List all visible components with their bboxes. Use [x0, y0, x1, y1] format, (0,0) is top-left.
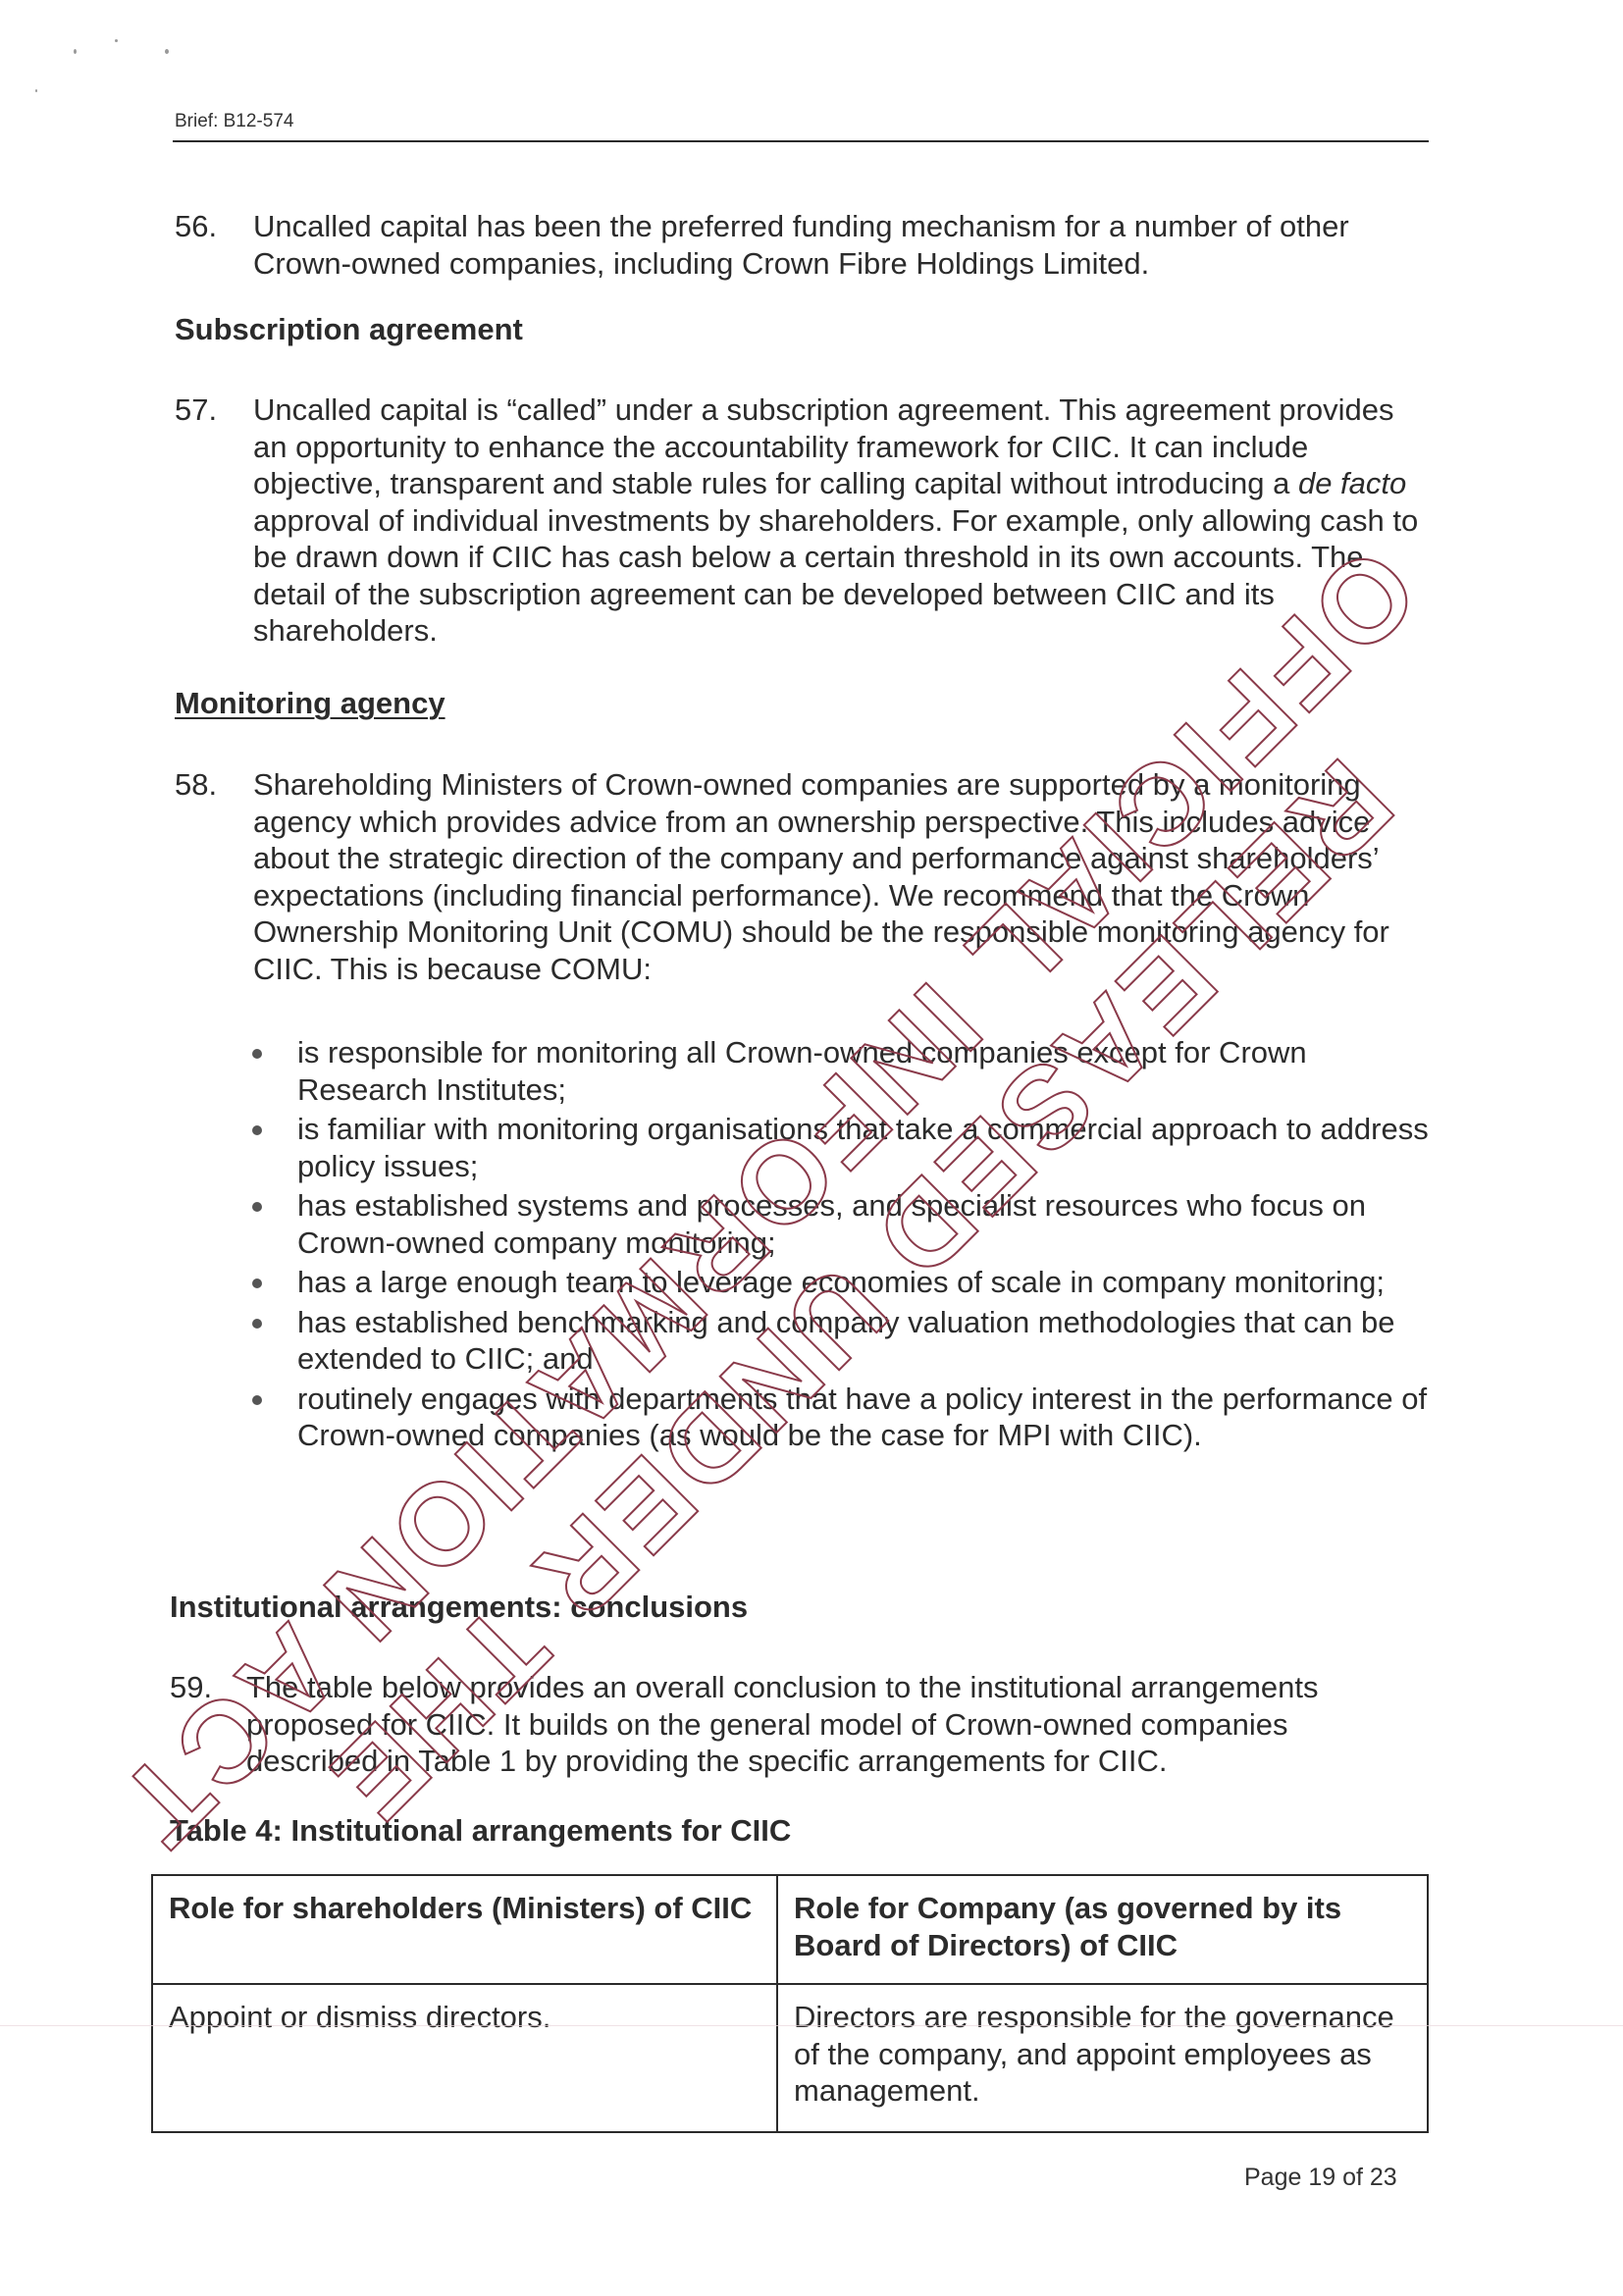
- scan-speck: [115, 39, 118, 42]
- text-segment: Uncalled capital is “called” under a sub…: [253, 392, 1394, 500]
- heading-institutional-conclusions: Institutional arrangements: conclusions: [170, 1590, 748, 1625]
- list-item-text: has established benchmarking and company…: [297, 1305, 1394, 1377]
- paragraph-58: 58. Shareholding Ministers of Crown-owne…: [175, 766, 1431, 987]
- list-item-text: is familiar with monitoring organisation…: [297, 1112, 1429, 1183]
- bullet-icon: [252, 1202, 262, 1212]
- paragraph-text: Shareholding Ministers of Crown-owned co…: [253, 766, 1431, 987]
- list-item: has established benchmarking and company…: [250, 1304, 1438, 1378]
- paragraph-number: 57.: [175, 391, 217, 429]
- paragraph-text: The table below provides an overall conc…: [246, 1669, 1426, 1780]
- scan-speck: [35, 89, 37, 92]
- heading-monitoring-agency: Monitoring agency: [175, 686, 445, 721]
- list-item: routinely engages with departments that …: [250, 1381, 1438, 1454]
- list-item-text: routinely engages with departments that …: [297, 1382, 1427, 1453]
- header-divider: [173, 140, 1429, 142]
- heading-subscription-agreement: Subscription agreement: [175, 312, 523, 347]
- list-item: is responsible for monitoring all Crown-…: [250, 1034, 1438, 1108]
- column-header-company: Role for Company (as governed by its Boa…: [777, 1875, 1428, 1984]
- list-item: has established systems and processes, a…: [250, 1187, 1438, 1261]
- table-cell: Directors are responsible for the govern…: [777, 1984, 1428, 2132]
- brief-reference: Brief: B12-574: [175, 111, 293, 132]
- table-cell: Appoint or dismiss directors.: [152, 1984, 777, 2132]
- text-segment: approval of individual investments by sh…: [253, 503, 1418, 649]
- institutional-arrangements-table: Role for shareholders (Ministers) of CII…: [151, 1874, 1429, 2133]
- table-header-row: Role for shareholders (Ministers) of CII…: [152, 1875, 1428, 1984]
- italic-term: de facto: [1298, 466, 1406, 500]
- paragraph-number: 58.: [175, 766, 217, 804]
- column-header-shareholders: Role for shareholders (Ministers) of CII…: [152, 1875, 777, 1984]
- bullet-icon: [252, 1049, 262, 1059]
- scan-speck: [165, 49, 169, 54]
- bullet-icon: [252, 1319, 262, 1329]
- list-item-text: has established systems and processes, a…: [297, 1188, 1366, 1260]
- paragraph-number: 56.: [175, 208, 217, 245]
- bullet-icon: [252, 1125, 262, 1135]
- paragraph-number: 59.: [170, 1669, 212, 1706]
- paragraph-59: 59. The table below provides an overall …: [170, 1669, 1426, 1780]
- bullet-icon: [252, 1278, 262, 1288]
- table-caption: Table 4: Institutional arrangements for …: [170, 1813, 791, 1849]
- scan-artifact-line: [0, 2025, 1623, 2026]
- bullet-icon: [252, 1395, 262, 1405]
- paragraph-57: 57. Uncalled capital is “called” under a…: [175, 391, 1431, 650]
- paragraph-56: 56. Uncalled capital has been the prefer…: [175, 208, 1431, 282]
- list-item-text: has a large enough team to leverage econ…: [297, 1265, 1385, 1299]
- paragraph-text: Uncalled capital has been the preferred …: [253, 208, 1431, 282]
- list-item-text: is responsible for monitoring all Crown-…: [297, 1035, 1307, 1107]
- comu-reasons-list: is responsible for monitoring all Crown-…: [250, 1034, 1438, 1457]
- paragraph-text: Uncalled capital is “called” under a sub…: [253, 391, 1431, 650]
- page-number: Page 19 of 23: [1244, 2164, 1397, 2192]
- scan-speck: [74, 49, 77, 54]
- list-item: has a large enough team to leverage econ…: [250, 1264, 1438, 1301]
- list-item: is familiar with monitoring organisation…: [250, 1111, 1438, 1184]
- table-row: Appoint or dismiss directors. Directors …: [152, 1984, 1428, 2132]
